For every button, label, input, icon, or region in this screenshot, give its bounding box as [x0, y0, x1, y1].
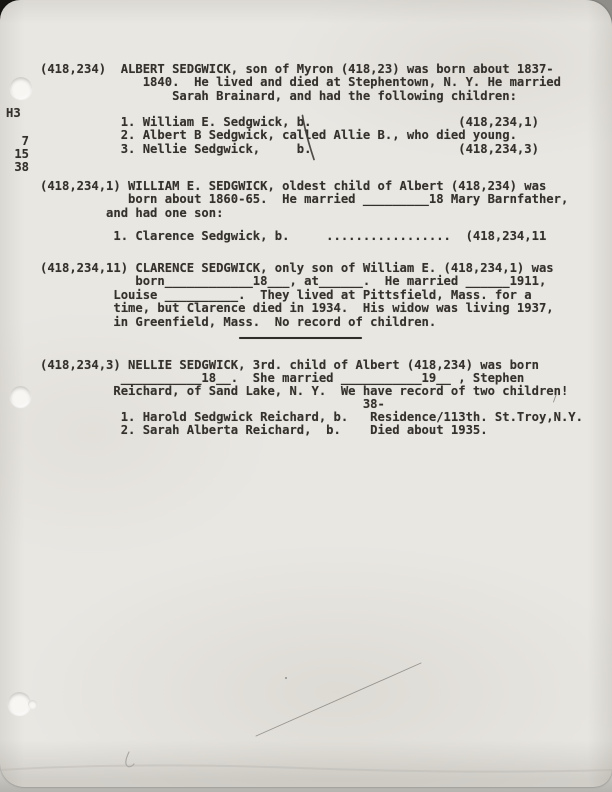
margin-note: 38 — [7, 161, 29, 174]
list-item: 3. Nellie Sedgwick, b. (418,234,3) — [40, 143, 539, 156]
paragraph-nellie-sedgwick: (418,234,3) NELLIE SEDGWICK, 3rd. child … — [40, 359, 583, 438]
children-list-william: 1. Clarence Sedgwick, b. ...............… — [40, 230, 546, 243]
scanned-genealogy-page: { "document": { "kind": "typewritten gen… — [0, 0, 612, 792]
children-list-albert: 1. William E. Sedgwick, b. (418,234,1) 2… — [40, 116, 539, 156]
text-line: born about 1860-65. He married _________… — [40, 193, 568, 206]
text-line: time, but Clarence died in 1934. His wid… — [40, 302, 554, 315]
punch-hole-middle — [10, 386, 31, 407]
paragraph-william-sedgwick: (418,234,1) WILLIAM E. SEDGWICK, oldest … — [40, 180, 568, 220]
punch-hole-tear — [28, 700, 37, 709]
punch-hole-top — [10, 77, 32, 99]
margin-note: H3 — [6, 107, 28, 120]
text-line: 1840. He lived and died at Stephentown, … — [40, 76, 561, 89]
list-item: 2. Sarah Alberta Reichard, b. Died about… — [40, 424, 583, 437]
text-line: and had one son: — [40, 207, 568, 220]
text-line: Sarah Brainard, and had the following ch… — [40, 90, 561, 103]
list-item: 2. Albert B Sedgwick, called Allie B., w… — [40, 129, 539, 142]
text-line: born____________18___, at______. He marr… — [40, 275, 554, 288]
list-item: 1. Clarence Sedgwick, b. ...............… — [40, 230, 546, 243]
text-line: in Greenfield, Mass. No record of childr… — [40, 316, 554, 329]
paragraph-clarence-sedgwick: (418,234,11) CLARENCE SEDGWICK, only son… — [40, 262, 554, 329]
paper-sheet: H3 7 15 38 (418,234) ALBERT SEDGWICK, so… — [0, 0, 612, 787]
section-divider-line — [239, 337, 362, 339]
paragraph-albert-sedgwick: (418,234) ALBERT SEDGWICK, son of Myron … — [40, 63, 561, 103]
